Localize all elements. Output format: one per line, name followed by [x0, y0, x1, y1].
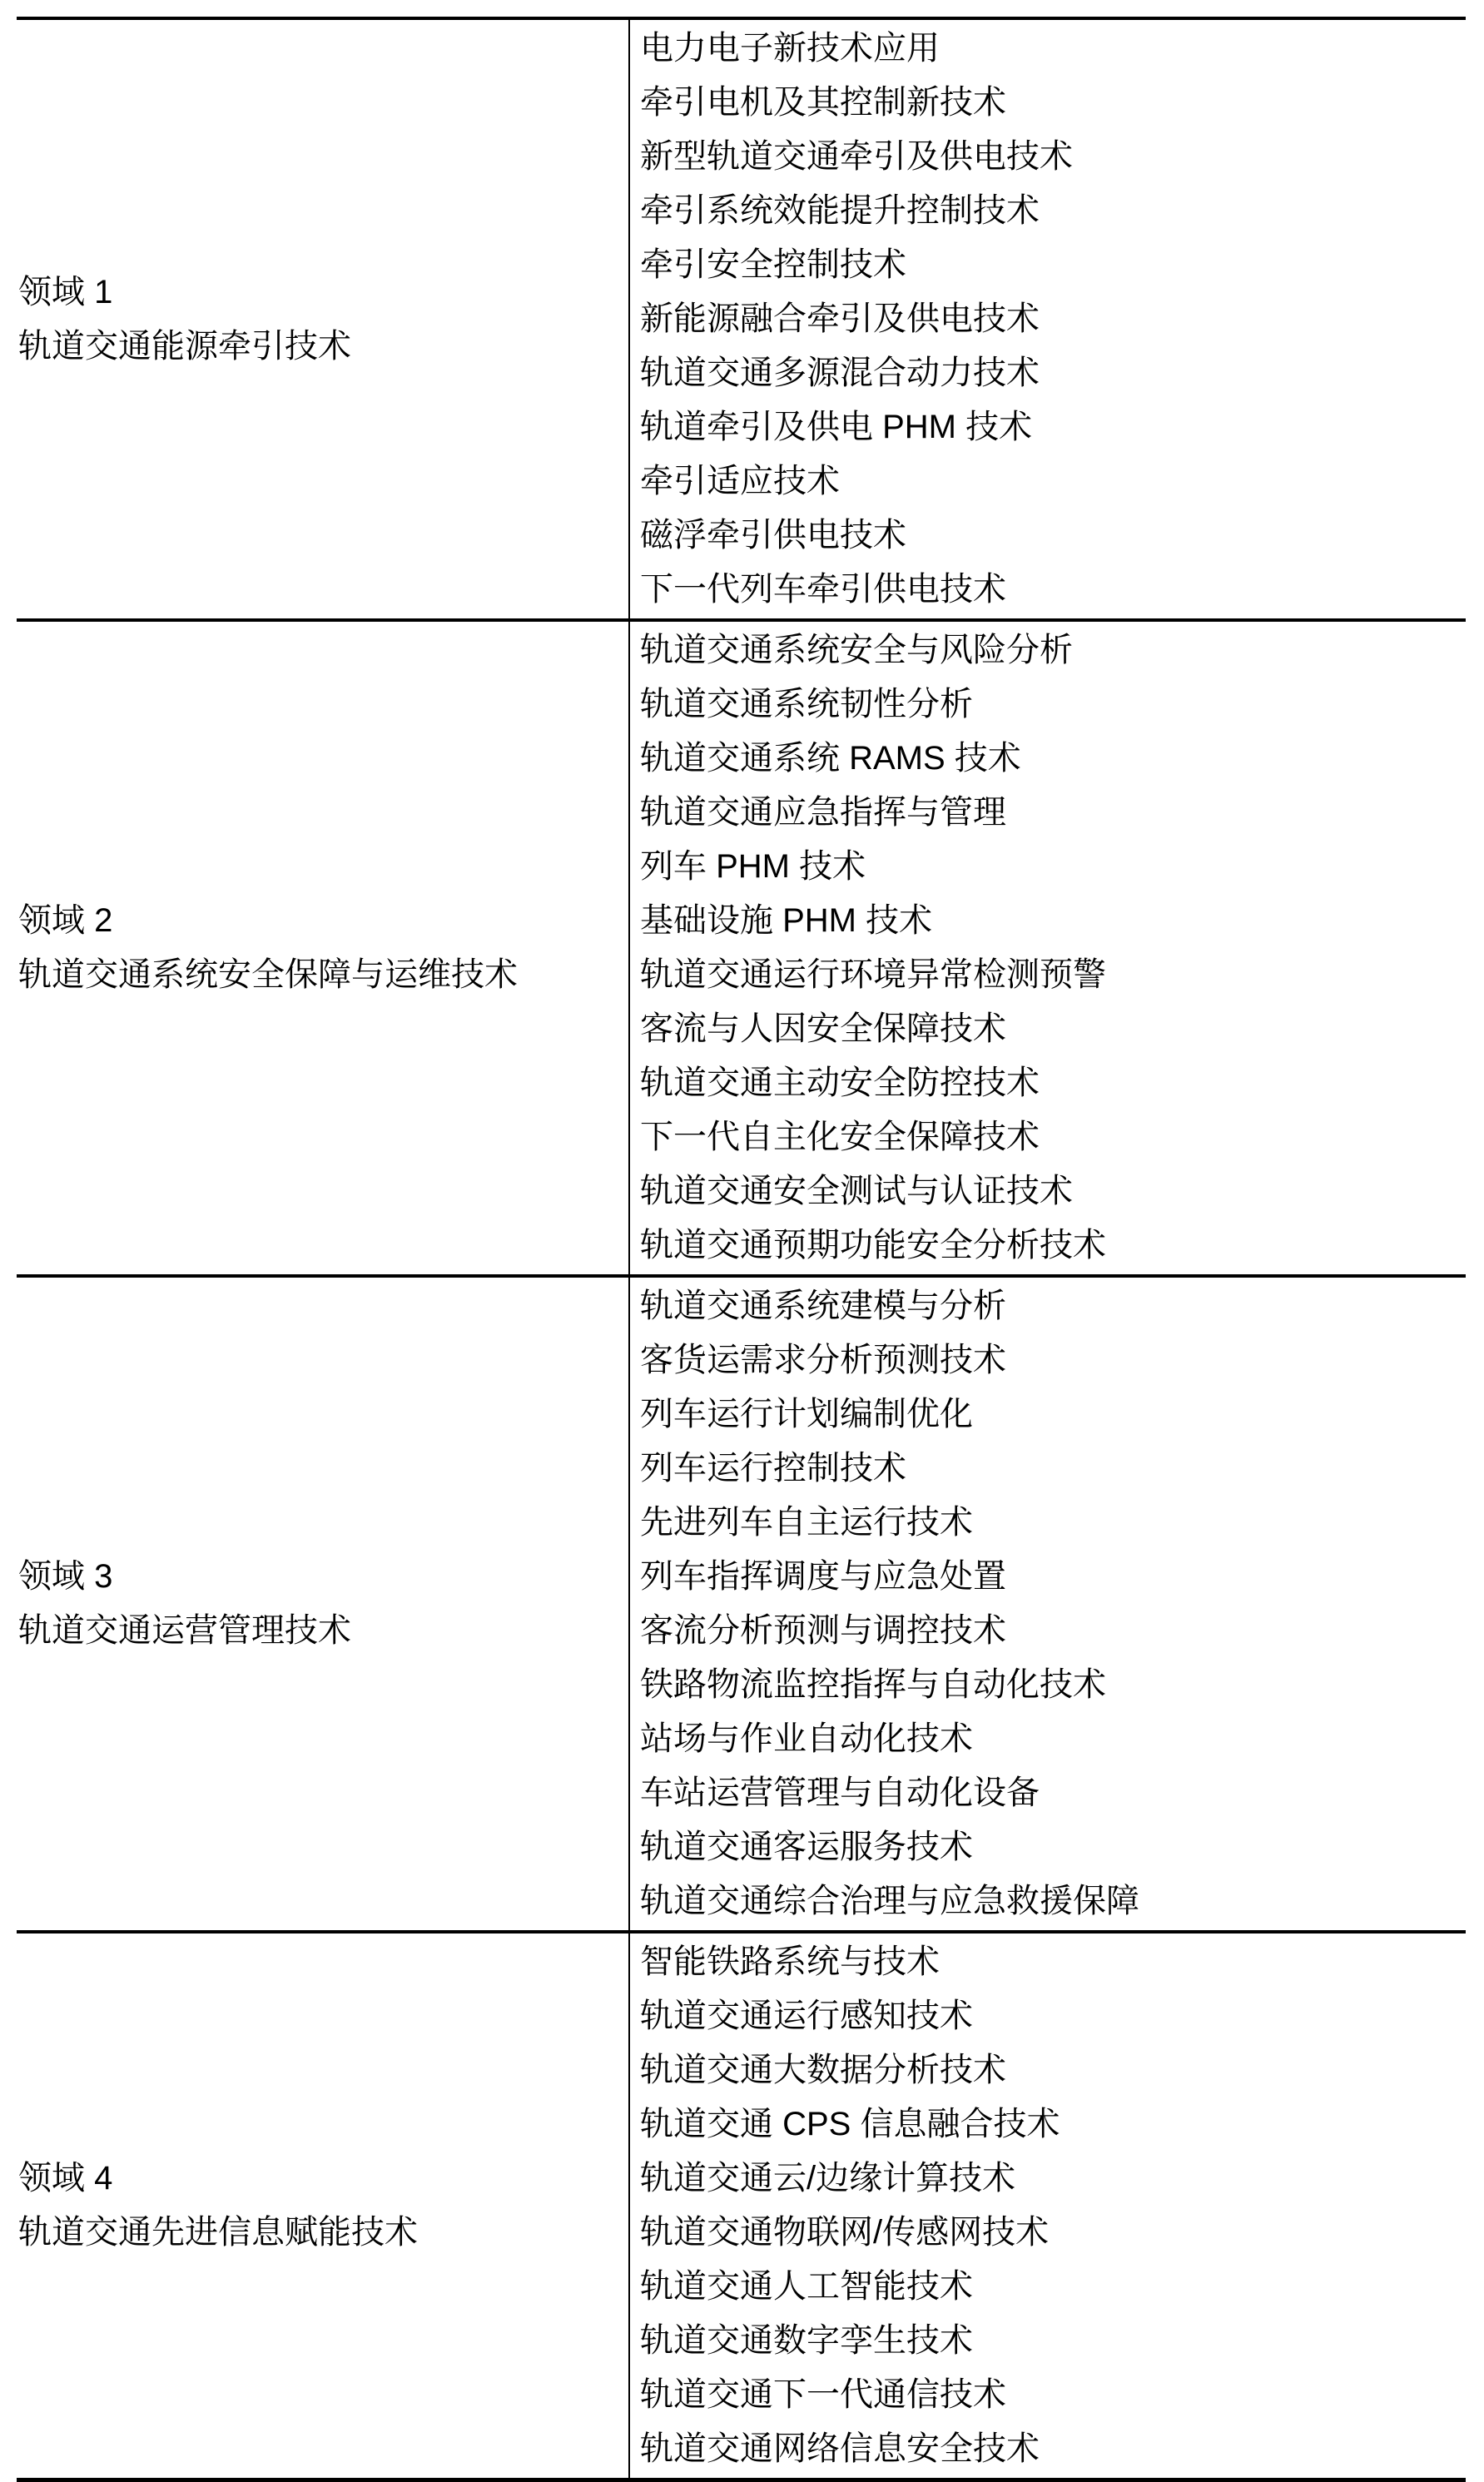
area-name: 轨道交通能源牵引技术 [18, 320, 628, 374]
technology-item: 基础设施 PHM 技术 [640, 894, 1459, 948]
technology-item: 下一代自主化安全保障技术 [640, 1110, 1459, 1164]
technology-item: 轨道牵引及供电 PHM 技术 [640, 400, 1459, 454]
technology-domain-table: 领域 1 轨道交通能源牵引技术 电力电子新技术应用牵引电机及其控制新技术新型轨道… [17, 17, 1466, 2482]
technology-item: 电力电子新技术应用 [640, 22, 1459, 76]
area-cell: 领域 3 轨道交通运营管理技术 [17, 1276, 629, 1932]
technologies-cell: 智能铁路系统与技术轨道交通运行感知技术轨道交通大数据分析技术轨道交通 CPS 信… [629, 1932, 1466, 2480]
area-name: 轨道交通先进信息赋能技术 [18, 2206, 628, 2260]
technology-item: 轨道交通客运服务技术 [640, 1820, 1459, 1874]
technology-item: 轨道交通安全测试与认证技术 [640, 1164, 1459, 1219]
technology-item: 列车运行控制技术 [640, 1442, 1459, 1496]
technology-item: 铁路物流监控指挥与自动化技术 [640, 1658, 1459, 1712]
technology-item: 轨道交通数字孪生技术 [640, 2314, 1459, 2368]
technology-item: 客货运需求分析预测技术 [640, 1333, 1459, 1387]
area-label: 领域 3 [18, 1550, 628, 1604]
technology-item: 轨道交通应急指挥与管理 [640, 786, 1459, 840]
area-cell: 领域 1 轨道交通能源牵引技术 [17, 18, 629, 620]
technology-item: 牵引安全控制技术 [640, 238, 1459, 292]
technology-item: 车站运营管理与自动化设备 [640, 1766, 1459, 1820]
table-row: 领域 4 轨道交通先进信息赋能技术 智能铁路系统与技术轨道交通运行感知技术轨道交… [17, 1932, 1466, 2480]
technology-item: 轨道交通系统 RAMS 技术 [640, 732, 1459, 786]
technology-item: 下一代列车牵引供电技术 [640, 563, 1459, 617]
area-cell: 领域 4 轨道交通先进信息赋能技术 [17, 1932, 629, 2480]
technology-item: 先进列车自主运行技术 [640, 1496, 1459, 1550]
technology-item: 磁浮牵引供电技术 [640, 509, 1459, 563]
table-body: 领域 1 轨道交通能源牵引技术 电力电子新技术应用牵引电机及其控制新技术新型轨道… [17, 18, 1466, 2480]
technology-item: 轨道交通运行感知技术 [640, 1989, 1459, 2043]
technology-item: 轨道交通综合治理与应急救援保障 [640, 1874, 1459, 1929]
technology-item: 客流分析预测与调控技术 [640, 1604, 1459, 1658]
technology-item: 轨道交通云/边缘计算技术 [640, 2152, 1459, 2206]
technology-item: 轨道交通物联网/传感网技术 [640, 2206, 1459, 2260]
table-row: 领域 1 轨道交通能源牵引技术 电力电子新技术应用牵引电机及其控制新技术新型轨道… [17, 18, 1466, 620]
area-name: 轨道交通系统安全保障与运维技术 [18, 948, 628, 1002]
technology-item: 客流与人因安全保障技术 [640, 1002, 1459, 1056]
technology-item: 牵引系统效能提升控制技术 [640, 184, 1459, 238]
area-label: 领域 2 [18, 894, 628, 948]
area-label: 领域 4 [18, 2152, 628, 2206]
technology-item: 轨道交通主动安全防控技术 [640, 1056, 1459, 1110]
technologies-cell: 轨道交通系统安全与风险分析轨道交通系统韧性分析轨道交通系统 RAMS 技术轨道交… [629, 620, 1466, 1276]
table-row: 领域 3 轨道交通运营管理技术 轨道交通系统建模与分析客货运需求分析预测技术列车… [17, 1276, 1466, 1932]
technology-item: 智能铁路系统与技术 [640, 1935, 1459, 1989]
technology-item: 轨道交通网络信息安全技术 [640, 2422, 1459, 2476]
technology-item: 轨道交通系统韧性分析 [640, 678, 1459, 732]
technology-item: 轨道交通人工智能技术 [640, 2260, 1459, 2314]
table-row: 领域 2 轨道交通系统安全保障与运维技术 轨道交通系统安全与风险分析轨道交通系统… [17, 620, 1466, 1276]
area-cell: 领域 2 轨道交通系统安全保障与运维技术 [17, 620, 629, 1276]
technology-item: 新能源融合牵引及供电技术 [640, 292, 1459, 346]
technology-item: 轨道交通 CPS 信息融合技术 [640, 2097, 1459, 2152]
technology-item: 新型轨道交通牵引及供电技术 [640, 130, 1459, 184]
technology-item: 牵引适应技术 [640, 454, 1459, 509]
technology-item: 列车指挥调度与应急处置 [640, 1550, 1459, 1604]
technologies-cell: 电力电子新技术应用牵引电机及其控制新技术新型轨道交通牵引及供电技术牵引系统效能提… [629, 18, 1466, 620]
area-label: 领域 1 [18, 266, 628, 320]
area-name: 轨道交通运营管理技术 [18, 1604, 628, 1658]
technologies-cell: 轨道交通系统建模与分析客货运需求分析预测技术列车运行计划编制优化列车运行控制技术… [629, 1276, 1466, 1932]
technology-item: 站场与作业自动化技术 [640, 1712, 1459, 1766]
technology-item: 轨道交通系统安全与风险分析 [640, 623, 1459, 678]
technology-item: 轨道交通系统建模与分析 [640, 1279, 1459, 1333]
technology-item: 轨道交通多源混合动力技术 [640, 346, 1459, 400]
document-page: 领域 1 轨道交通能源牵引技术 电力电子新技术应用牵引电机及其控制新技术新型轨道… [0, 0, 1484, 2477]
technology-item: 轨道交通大数据分析技术 [640, 2043, 1459, 2097]
technology-item: 轨道交通下一代通信技术 [640, 2368, 1459, 2422]
technology-item: 牵引电机及其控制新技术 [640, 76, 1459, 130]
technology-item: 轨道交通运行环境异常检测预警 [640, 948, 1459, 1002]
technology-item: 列车 PHM 技术 [640, 840, 1459, 894]
technology-item: 列车运行计划编制优化 [640, 1387, 1459, 1442]
technology-item: 轨道交通预期功能安全分析技术 [640, 1219, 1459, 1273]
